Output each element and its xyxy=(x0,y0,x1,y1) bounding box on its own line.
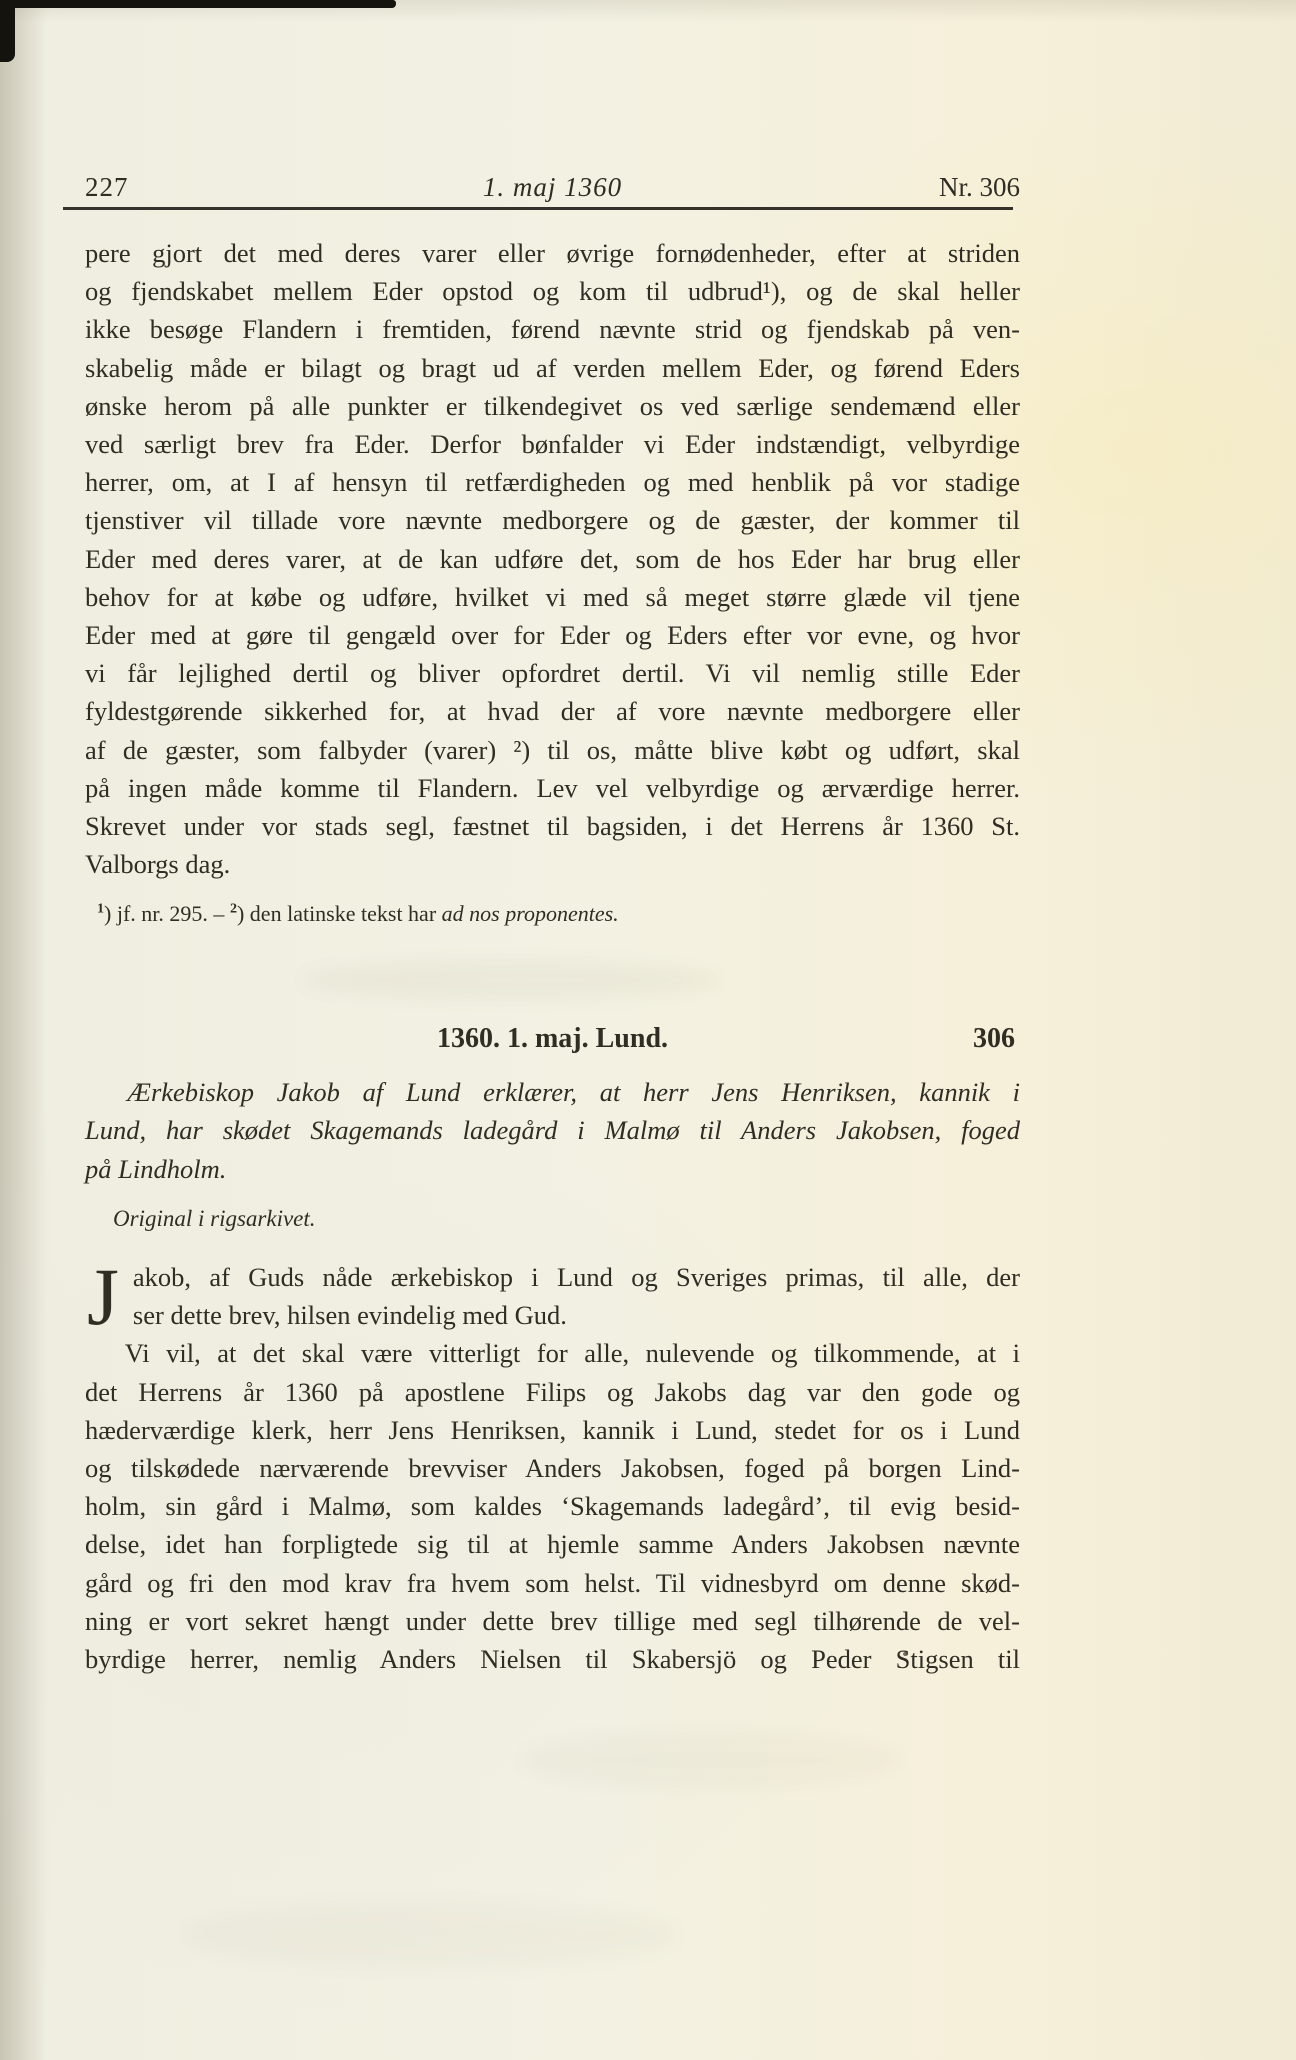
footnote-marker-1: 1 xyxy=(97,901,104,917)
header-rule xyxy=(63,207,1013,210)
paper-bleed-ghost xyxy=(520,1730,900,1790)
diploma-line: ning er vort sekret hængt under dette br… xyxy=(85,1602,1020,1640)
summary-line: på Lindholm. xyxy=(85,1150,1020,1188)
diploma-line: gård og fri den mod krav fra hvem som he… xyxy=(85,1564,1020,1602)
diploma-line: Vi vil, at det skal være vitterligt for … xyxy=(85,1334,1020,1372)
diploma-line: holm, sin gård i Malmø, som kaldes ‘Skag… xyxy=(85,1487,1020,1525)
letter-text-block: pere gjort det med deres varer eller øvr… xyxy=(85,234,1020,883)
scan-artifact-top-bar xyxy=(0,0,396,8)
text-line: herrer, om, at I af hensyn til retfærdig… xyxy=(85,463,1020,501)
text-line: ikke besøge Flandern i fremtiden, førend… xyxy=(85,310,1020,348)
footnote-text-1: ) jf. nr. 295. – xyxy=(104,901,230,926)
summary-line: Lund, har skødet Skagemands ladegård i M… xyxy=(85,1111,1020,1149)
diploma-line: hæderværdige klerk, herr Jens Henriksen,… xyxy=(85,1411,1020,1449)
footnote-text-2: ) den latinske tekst har xyxy=(237,901,442,926)
paper-bleed-ghost xyxy=(180,1900,680,1970)
diploma-body: Vi vil, at det skal være vitterligt for … xyxy=(85,1334,1020,1678)
text-line: skabelig måde er bilagt og bragt ud af v… xyxy=(85,349,1020,387)
text-line: tjenstiver vil tillade vore nævnte medbo… xyxy=(85,501,1020,539)
scan-edge-shadow-left xyxy=(0,0,46,2060)
section-heading-row: 1360. 1. maj. Lund. 306 xyxy=(85,1023,1020,1055)
text-line: pere gjort det med deres varer eller øvr… xyxy=(85,234,1020,272)
footnote: 1) jf. nr. 295. – 2) den latinske tekst … xyxy=(97,901,1020,927)
text-line: ønske herom på alle punkter er tilkendeg… xyxy=(85,387,1020,425)
text-line: behov for at købe og udføre, hvilket vi … xyxy=(85,578,1020,616)
scan-artifact-corner xyxy=(0,0,15,62)
diploma-opening-line: akob, af Guds nåde ærkebiskop i Lund og … xyxy=(85,1258,1020,1296)
scanned-document-page: { "colors": { "paper": "#f3f1e2", "ink":… xyxy=(0,0,1296,2060)
document-number-label: Nr. 306 xyxy=(939,172,1020,203)
text-line: af de gæster, som falbyder (varer) ²) ti… xyxy=(85,731,1020,769)
diploma-opening-line: ser dette brev, hilsen evindelig med Gud… xyxy=(85,1296,1020,1334)
text-line: vi får lejlighed dertil og bliver opford… xyxy=(85,654,1020,692)
text-line: Valborgs dag. xyxy=(85,845,1020,883)
diploma-text-block: J akob, af Guds nåde ærkebiskop i Lund o… xyxy=(85,1258,1020,1678)
paper-bleed-ghost xyxy=(300,960,720,1000)
text-line: og fjendskabet mellem Eder opstod og kom… xyxy=(85,272,1020,310)
text-line: Eder med deres varer, at de kan udføre d… xyxy=(85,540,1020,578)
diploma-line: byrdige herrer, nemlig Anders Nielsen ti… xyxy=(85,1640,1020,1678)
text-line: ved særligt brev fra Eder. Derfor bønfal… xyxy=(85,425,1020,463)
running-title: 1. maj 1360 xyxy=(85,172,1020,203)
text-line: på ingen måde komme til Flandern. Lev ve… xyxy=(85,769,1020,807)
section-heading: 1360. 1. maj. Lund. xyxy=(437,1023,668,1054)
summary-line: Ærkebiskop Jakob af Lund erklærer, at he… xyxy=(85,1073,1020,1111)
footnote-latin-phrase: ad nos proponentes. xyxy=(442,901,619,926)
diploma-line: det Herrens år 1360 på apostlene Filips … xyxy=(85,1373,1020,1411)
summary-block: Ærkebiskop Jakob af Lund erklærer, at he… xyxy=(85,1073,1020,1188)
text-line: fyldestgørende sikkerhed for, at hvad de… xyxy=(85,692,1020,730)
source-note: Original i rigsarkivet. xyxy=(113,1206,316,1232)
dropcap-initial: J xyxy=(85,1258,133,1332)
page-header: 227 1. maj 1360 Nr. 306 xyxy=(85,167,1020,203)
diploma-line: delse, idet han forpligtede sig til at h… xyxy=(85,1525,1020,1563)
footnote-marker-2: 2 xyxy=(230,901,237,917)
section-number: 306 xyxy=(973,1023,1015,1055)
text-line: Skrevet under vor stads segl, fæstnet ti… xyxy=(85,807,1020,845)
diploma-line: og tilskødede nærværende brevviser Ander… xyxy=(85,1449,1020,1487)
text-line: Eder med at gøre til gengæld over for Ed… xyxy=(85,616,1020,654)
